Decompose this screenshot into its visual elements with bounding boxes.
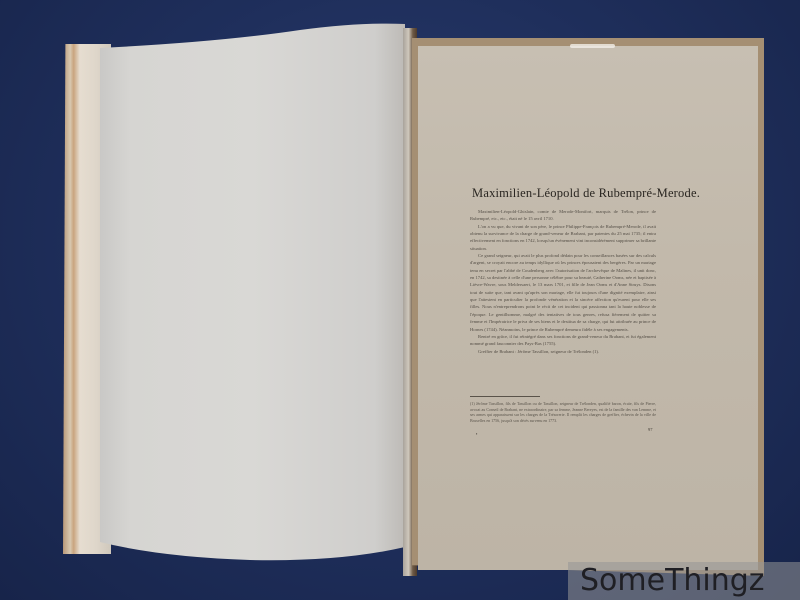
footnote-text: (1) Jérôme Tassillon, fils de Tassillon … (470, 401, 656, 423)
light-reflection (570, 44, 615, 48)
paragraph: L'on a vu que, du vivant de son père, le… (470, 223, 656, 252)
page-body-text: Maximilien-Léopold-Ghislain, comte de Me… (470, 208, 656, 355)
page-heading: Maximilien-Léopold de Rubempré-Merode. (472, 186, 732, 201)
right-printed-page: Maximilien-Léopold de Rubempré-Merode. M… (418, 46, 758, 570)
signature-mark: ▪ (476, 431, 477, 436)
paragraph: Ce grand seigneur, qui avait le plus pro… (470, 252, 656, 333)
page-number: 97 (648, 427, 653, 432)
watermark-banner: SomeThingz (568, 562, 800, 600)
paragraph: Rentré en grâce, il fut réintégré dans s… (470, 333, 656, 348)
paragraph: Greffier de Brabant : Jérôme Tassillon, … (470, 348, 656, 355)
footnote-rule (470, 396, 540, 397)
left-blank-page (100, 22, 405, 562)
paragraph: Maximilien-Léopold-Ghislain, comte de Me… (470, 208, 656, 223)
watermark-text: SomeThingz (580, 562, 765, 600)
